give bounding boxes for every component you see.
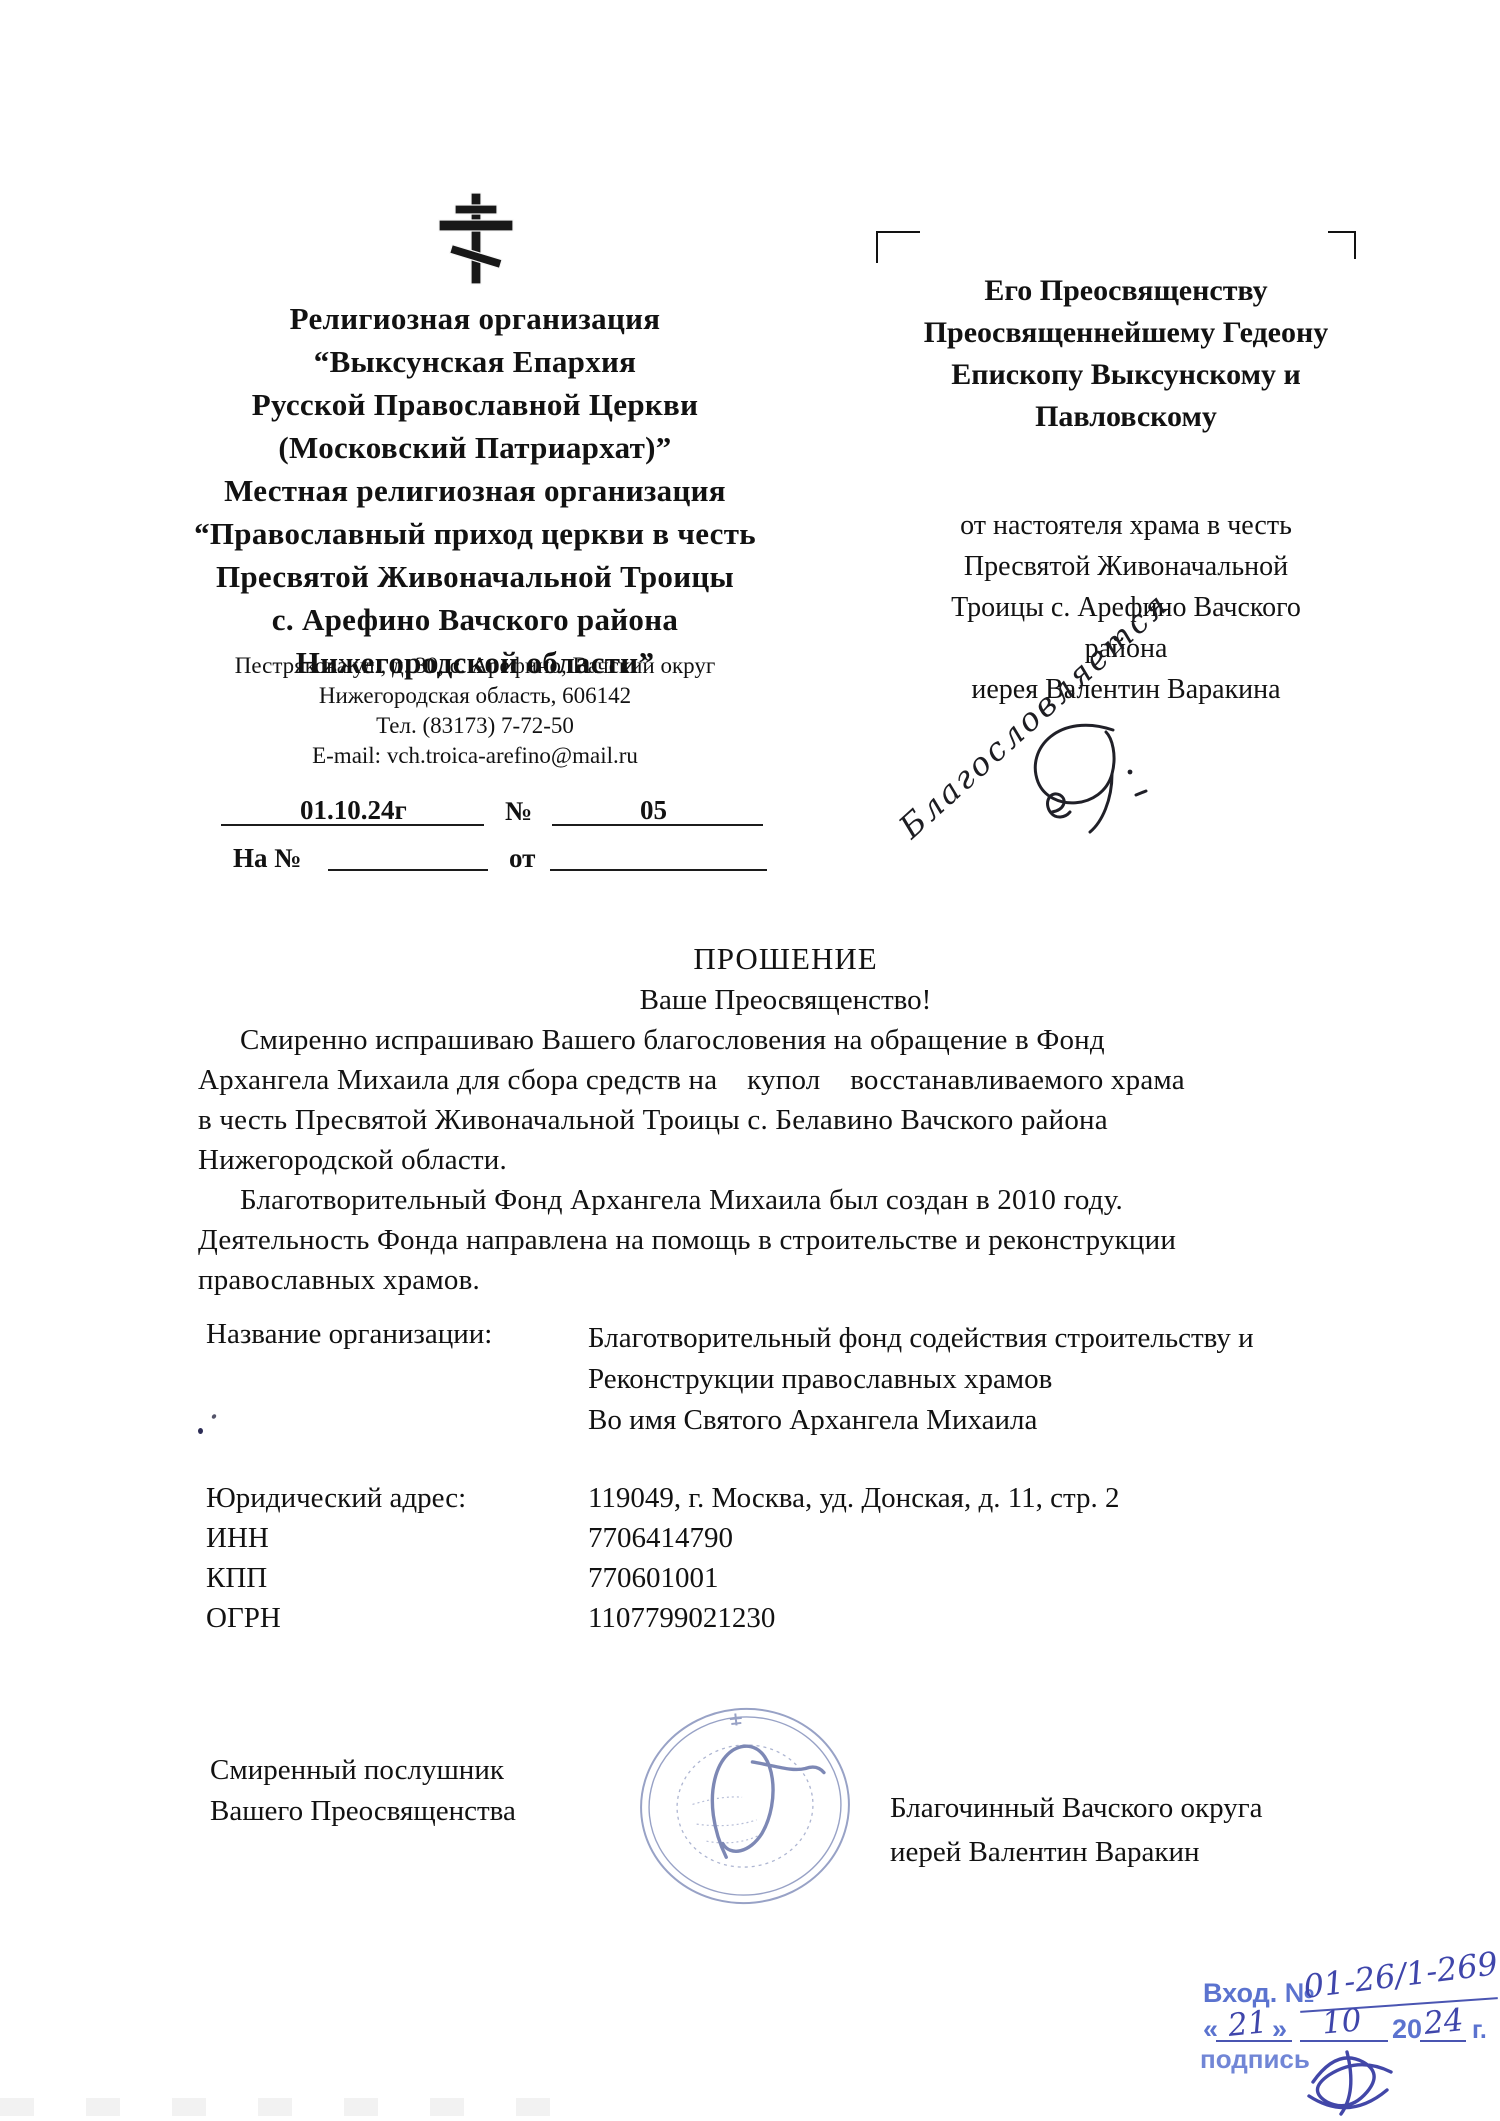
legal-detail-values: 119049, г. Москва, уд. Донская, д. 11, с… [588, 1478, 1120, 1638]
petition-salutation: Ваше Преосвященство! [198, 984, 1373, 1017]
letterhead-org-line: Местная религиозная организация [150, 469, 800, 512]
blank-line [328, 869, 488, 871]
letterhead-org-line: с. Арефино Вачского района [150, 598, 800, 641]
intake-quote-close: » [1272, 2014, 1287, 2045]
petition-body-line: Смиренно испрашиваю Вашего благословения… [198, 1020, 1398, 1060]
intake-number-value: 01-26/1-269 [1301, 1944, 1499, 2006]
letterhead-org-line: Русской Православной Церкви [150, 383, 800, 426]
signature-left-line: Смиренный послушник [210, 1750, 516, 1791]
letterhead-address-line: Пестрякова ул., д. 30, с. Арефино, Вачск… [150, 651, 800, 681]
petition-title: ПРОШЕНИЕ [198, 941, 1373, 977]
petition-body: Смиренно испрашиваю Вашего благословения… [198, 1020, 1398, 1300]
signature-right-line: иерей Валентин Варакин [890, 1830, 1262, 1874]
intake-signature-scribble [1295, 2030, 1435, 2120]
organization-name-line: Во имя Святого Архангела Михаила [588, 1400, 1254, 1441]
reply-from-label: от [509, 843, 535, 874]
legal-detail-labels: Юридический адрес:ИННКППОГРН [206, 1478, 466, 1638]
petition-body-line: Архангела Михаила для сбора средств на к… [198, 1060, 1398, 1100]
letterhead-org-line: Религиозная организация [150, 297, 800, 340]
blank-line [552, 824, 763, 826]
legal-label: Юридический адрес: [206, 1478, 466, 1518]
petition-body-line: Нижегородской области. [198, 1140, 1398, 1180]
ink-speck [211, 1413, 217, 1419]
number-sign: № [505, 796, 532, 827]
signature-right-block: Благочинный Вачского округаиерей Валенти… [890, 1786, 1262, 1874]
letterhead-org-line: Пресвятой Живоначальной Троицы [150, 555, 800, 598]
scanned-petition-document: Религиозная организация“Выксунская Епарх… [0, 0, 1500, 2121]
addressee-line: Его Преосвященству [880, 270, 1372, 312]
addressee-block: Его ПреосвященствуПреосвященнейшему Геде… [880, 270, 1372, 438]
petition-body-line: православных храмов. [198, 1260, 1398, 1300]
corner-bracket-left-icon [876, 231, 920, 263]
legal-value: 770601001 [588, 1558, 1120, 1598]
letterhead-address-line: Тел. (83173) 7-72-50 [150, 711, 800, 741]
letterhead-address-line: E-mail: vch.troica-arefino@mail.ru [150, 741, 800, 771]
legal-value: 1107799021230 [588, 1598, 1120, 1638]
sender-line: Пресвятой Живоначальной [880, 546, 1372, 587]
sender-block: от настоятеля храма в честьПресвятой Жив… [880, 505, 1372, 710]
document-number: 05 [640, 795, 667, 826]
organization-name-line: Реконструкции православных храмов [588, 1359, 1254, 1400]
legal-label: ОГРН [206, 1598, 466, 1638]
letterhead-org-line: (Московский Патриархат)” [150, 426, 800, 469]
blessing-signature-flourish [990, 700, 1250, 930]
letterhead-address-line: Нижегородская область, 606142 [150, 681, 800, 711]
intake-signature-label: подпись [1200, 2044, 1310, 2075]
petition-body-line: Деятельность Фонда направлена на помощь … [198, 1220, 1398, 1260]
sender-line: Троицы с. Арефино Вачского [880, 587, 1372, 628]
corner-bracket-right-icon [1328, 231, 1356, 259]
petition-body-line: Благотворительный Фонд Архангела Михаила… [198, 1180, 1398, 1220]
sender-line: района [880, 628, 1372, 669]
letterhead-address-block: Пестрякова ул., д. 30, с. Арефино, Вачск… [150, 651, 800, 771]
ink-speck [198, 1428, 203, 1434]
addressee-line: Преосвященнейшему Гедеону [880, 312, 1372, 354]
intake-year-era: г. [1472, 2016, 1487, 2045]
legal-value: 7706414790 [588, 1518, 1120, 1558]
legal-label: ИНН [206, 1518, 466, 1558]
reply-to-label: На № [233, 843, 301, 874]
organization-name-value: Благотворительный фонд содействия строит… [588, 1318, 1254, 1441]
intake-day-value: 21 [1226, 2004, 1269, 2044]
document-date: 01.10.24г [300, 795, 407, 826]
organization-name-line: Благотворительный фонд содействия строит… [588, 1318, 1254, 1359]
letterhead-organization-block: Религиозная организация“Выксунская Епарх… [150, 297, 800, 684]
addressee-line: Павловскому [880, 396, 1372, 438]
sender-line: от настоятеля храма в честь [880, 505, 1372, 546]
parish-seal-stamp [633, 1703, 857, 1909]
letterhead-org-line: “Православный приход церкви в честь [150, 512, 800, 555]
signature-right-line: Благочинный Вачского округа [890, 1786, 1262, 1830]
signature-left-block: Смиренный послушникВашего Преосвященства [210, 1750, 516, 1832]
addressee-line: Епископу Выксунскому и [880, 354, 1372, 396]
blank-line [221, 824, 484, 826]
blank-line [550, 869, 767, 871]
orthodox-cross-icon [438, 190, 514, 288]
organization-name-label: Название организации: [206, 1318, 492, 1351]
letterhead-org-line: “Выксунская Епархия [150, 340, 800, 383]
legal-value: 119049, г. Москва, уд. Донская, д. 11, с… [588, 1478, 1120, 1518]
signature-left-line: Вашего Преосвященства [210, 1791, 516, 1832]
legal-label: КПП [206, 1558, 466, 1598]
petition-body-line: в честь Пресвятой Живоначальной Троицы с… [198, 1100, 1398, 1140]
scan-artifact [0, 2098, 560, 2116]
